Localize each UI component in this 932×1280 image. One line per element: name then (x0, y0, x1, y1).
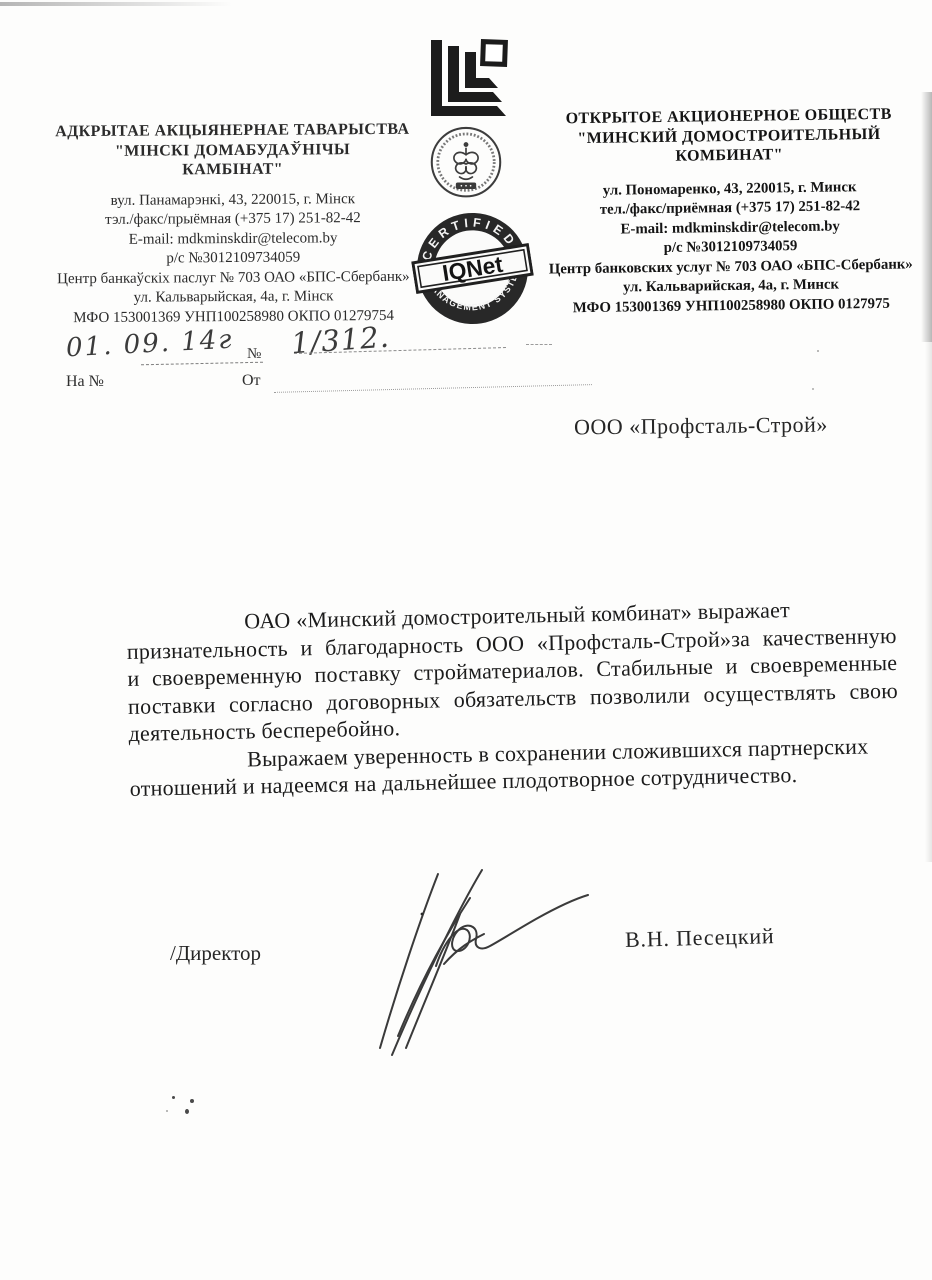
org-name-line: АДКРЫТАЕ АКЦЫЯНЕРНАЕ ТАВАРЫСТВА (35, 120, 429, 142)
quality-seal-icon (429, 125, 503, 203)
scan-right-edge-shadow-faint (925, 342, 932, 862)
scan-speck (817, 350, 819, 352)
number-underline-tail (526, 344, 552, 345)
na-number-label: На № (66, 373, 104, 391)
scan-speck (172, 1096, 175, 1099)
addressee-line: ООО «Профсталь-Строй» (574, 412, 828, 441)
date-underline (141, 362, 263, 366)
mdk-logo-icon (423, 36, 511, 124)
letterhead-right: ОТКРЫТОЕ АКЦИОНЕРНОЕ ОБЩЕСТВ "МИНСКИЙ ДО… (529, 104, 932, 319)
signee-name: В.Н. Песецкий (625, 923, 775, 953)
scanned-letter-page: CERTIFIED MANAGEMENT SYSTEM IQNet АДКРЫТ… (0, 0, 932, 1280)
signature-scribble-icon (340, 848, 640, 1068)
ot-dotted-line (274, 384, 592, 393)
org-name-line: КАМБІНАТ" (36, 159, 430, 181)
letter-body: ОАО «Минский домостроительный комбинат» … (126, 594, 900, 803)
signature-title: /Директор (170, 941, 261, 966)
ot-label: От (242, 372, 261, 390)
scan-top-streak-artifact (0, 2, 232, 6)
handwritten-outgoing-number: 1/312. (290, 320, 391, 361)
letterhead-left: АДКРЫТАЕ АКЦЫЯНЕРНАЕ ТАВАРЫСТВА "МІНСКІ … (35, 120, 430, 329)
letterhead-detail-line: Центр банкаўскіх паслуг № 703 ОАО «БПС-С… (36, 267, 430, 289)
handwritten-date: 01. 09. 14г (65, 325, 234, 364)
letterhead-detail-line: МФО 153001369 УНП100258980 ОКПО 0127975 (531, 294, 931, 319)
number-sign-label: № (247, 346, 261, 363)
scan-speck (185, 1109, 189, 1114)
scan-speck (812, 388, 814, 390)
org-name-line: "МІНСКІ ДОМАБУДАЎНІЧЫ (35, 139, 429, 161)
scan-speck (190, 1099, 194, 1103)
scan-speck (166, 1110, 168, 1112)
